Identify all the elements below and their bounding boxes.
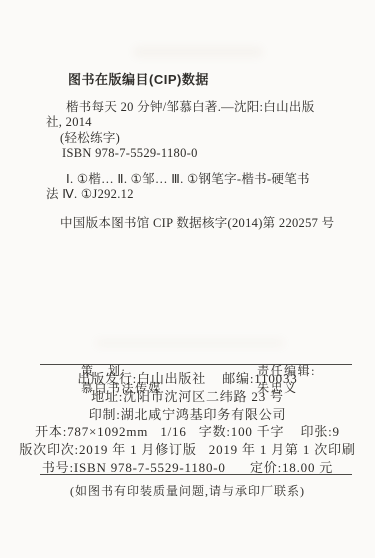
cip-isbn-line: ISBN 978-7-5529-1180-0: [46, 146, 351, 162]
divider-bottom: [40, 474, 352, 475]
edition-line: 版次印次:2019 年 1 月修订版 2019 年 1 月第 1 次印刷: [0, 441, 375, 459]
divider-top: [40, 364, 352, 365]
quality-note: (如图书有印装质量问题,请与承印厂联系): [0, 482, 375, 499]
cip-classification-line-1: Ⅰ. ①楷… Ⅱ. ①邹… Ⅲ. ①钢笔字-楷书-硬笔书: [46, 172, 351, 188]
address-line: 地址:沈阳市沈河区二纬路 23 号: [0, 388, 375, 406]
cip-entry-line-1: 楷书每天 20 分钟/邹慕白著.—沈阳:白山出版: [46, 100, 351, 116]
printer-line: 印制:湖北咸宁鸿基印务有限公司: [0, 406, 375, 424]
cip-classification-line-2: 法 Ⅳ. ①J292.12: [46, 187, 351, 203]
publication-block: 出版发行:白山出版社 邮编:110033 地址:沈阳市沈河区二纬路 23 号 印…: [0, 370, 375, 477]
cip-entry-line-2: 社, 2014: [46, 115, 351, 131]
cip-series-line: (轻松练字): [46, 131, 351, 147]
cip-record-line: 中国版本图书馆 CIP 数据核字(2014)第 220257 号: [46, 216, 351, 232]
scan-showthrough-artifact: [133, 46, 263, 58]
publisher-line: 出版发行:白山出版社 邮编:110033: [0, 370, 375, 388]
format-line: 开本:787×1092mm 1/16 字数:100 千字 印张:9: [0, 423, 375, 441]
cip-heading: 图书在版编目(CIP)数据: [46, 72, 351, 88]
cip-block: 图书在版编目(CIP)数据 楷书每天 20 分钟/邹慕白著.—沈阳:白山出版 社…: [46, 72, 351, 231]
copyright-page: 图书在版编目(CIP)数据 楷书每天 20 分钟/邹慕白著.—沈阳:白山出版 社…: [0, 0, 375, 558]
